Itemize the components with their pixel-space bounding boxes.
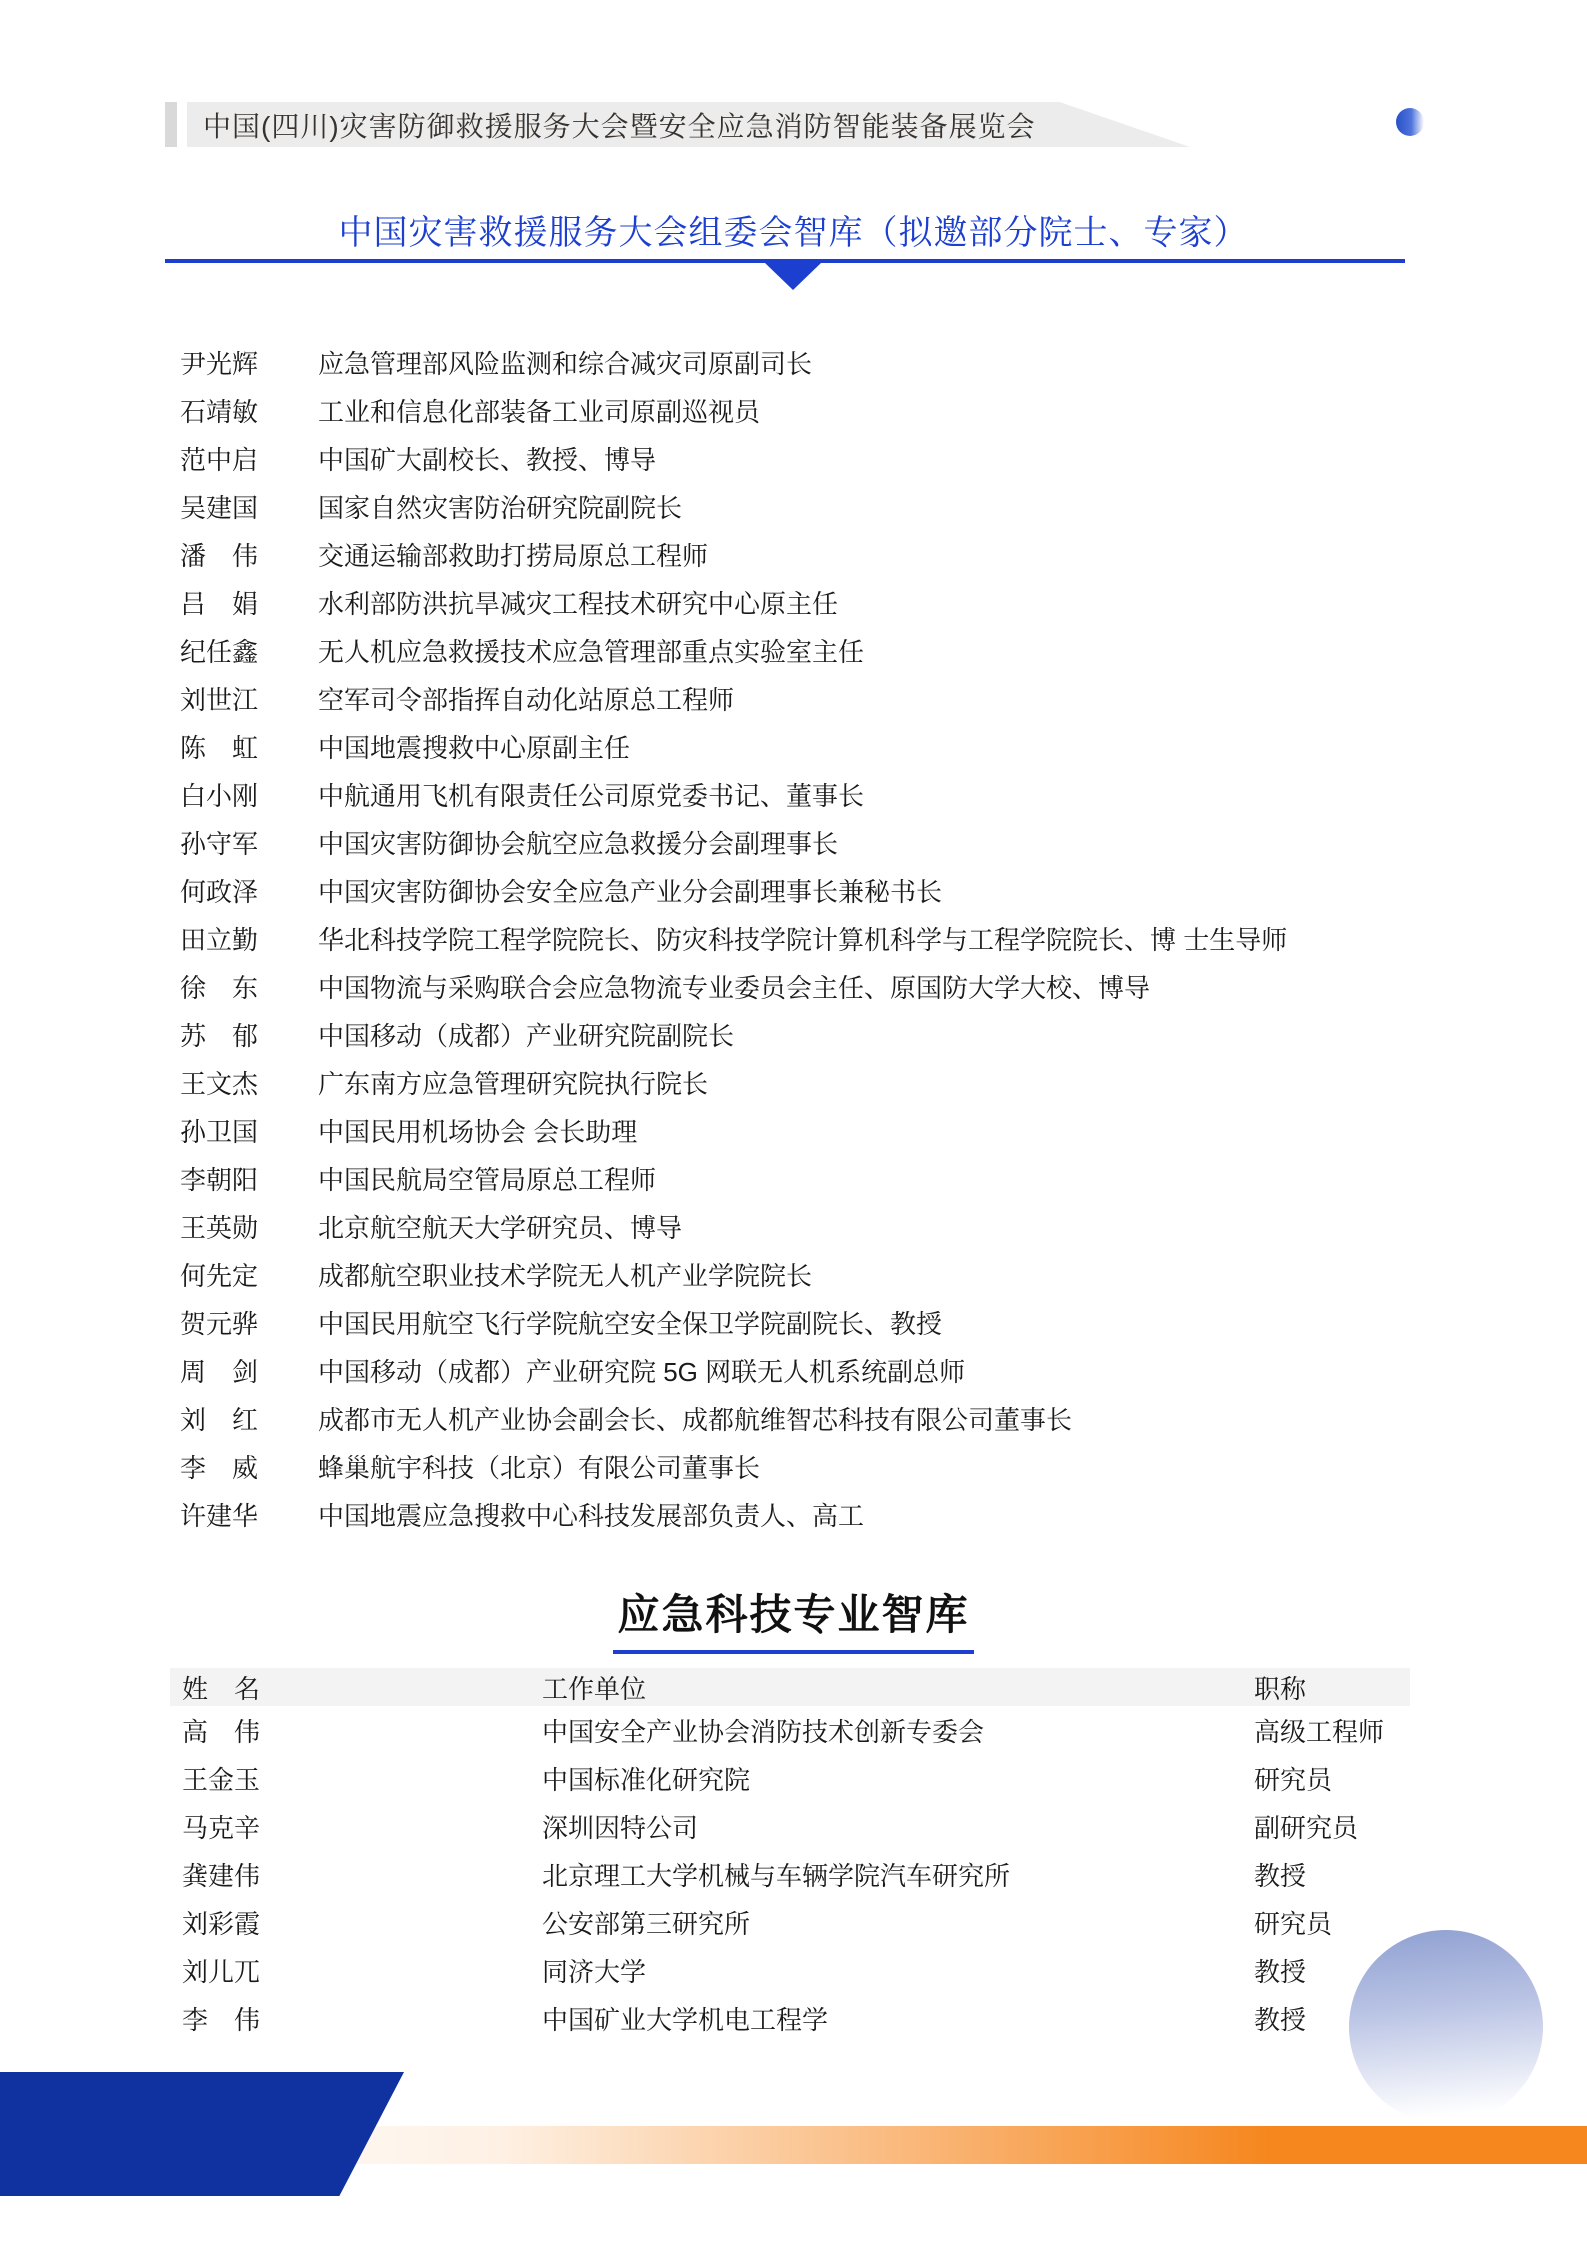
member-name: 何先定 [180, 1256, 288, 1293]
table-header-row: 姓 名 工作单位 职称 [170, 1668, 1410, 1706]
member-name: 潘 伟 [180, 536, 288, 573]
member-role: 中国矿大副校长、教授、博导 [318, 440, 1480, 477]
column-header-unit: 工作单位 [542, 1669, 1254, 1706]
member-role: 成都航空职业技术学院无人机产业学院院长 [318, 1256, 1480, 1293]
expert-title: 高级工程师 [1254, 1712, 1410, 1749]
member-name: 孙守军 [180, 824, 288, 861]
committee-member-row: 尹光辉 应急管理部风险监测和综合减灾司原副司长 [180, 338, 1480, 386]
committee-member-row: 苏 郁 中国移动（成都）产业研究院副院长 [180, 1010, 1480, 1058]
member-name: 徐 东 [180, 968, 288, 1005]
member-role: 中国民用航空飞行学院航空安全保卫学院副院长、教授 [318, 1304, 1480, 1341]
expert-unit: 公安部第三研究所 [542, 1904, 1254, 1941]
banner-strip: 中国(四川)灾害防御救援服务大会暨安全应急消防智能装备展览会 [187, 102, 1190, 147]
member-name: 白小刚 [180, 776, 288, 813]
expert-unit: 深圳因特公司 [542, 1808, 1254, 1845]
expert-section-title-wrap: 应急科技专业智库 [0, 1582, 1587, 1654]
expert-title: 副研究员 [1254, 1808, 1410, 1845]
member-role: 成都市无人机产业协会副会长、成都航维智芯科技有限公司董事长 [318, 1400, 1480, 1437]
member-name: 刘 红 [180, 1400, 288, 1437]
member-name: 李朝阳 [180, 1160, 288, 1197]
expert-name: 刘彩霞 [170, 1904, 542, 1941]
committee-member-row: 石靖敏 工业和信息化部装备工业司原副巡视员 [180, 386, 1480, 434]
expert-unit: 中国安全产业协会消防技术创新专委会 [542, 1712, 1254, 1749]
member-role: 中国民用机场协会 会长助理 [318, 1112, 1480, 1149]
committee-member-list: 尹光辉 应急管理部风险监测和综合减灾司原副司长 石靖敏 工业和信息化部装备工业司… [180, 338, 1480, 1538]
member-role: 工业和信息化部装备工业司原副巡视员 [318, 392, 1480, 429]
committee-member-row: 纪任鑫 无人机应急救援技术应急管理部重点实验室主任 [180, 626, 1480, 674]
member-name: 陈 虹 [180, 728, 288, 765]
committee-member-row: 李 威 蜂巢航宇科技（北京）有限公司董事长 [180, 1442, 1480, 1490]
expert-unit: 中国标准化研究院 [542, 1760, 1254, 1797]
expert-table: 姓 名 工作单位 职称 高 伟 中国安全产业协会消防技术创新专委会 高级工程师 … [170, 1668, 1410, 2042]
member-name: 纪任鑫 [180, 632, 288, 669]
expert-name: 高 伟 [170, 1712, 542, 1749]
member-name: 贺元骅 [180, 1304, 288, 1341]
expert-section-title: 应急科技专业智库 [613, 1582, 973, 1654]
member-name: 周 剑 [180, 1352, 288, 1389]
committee-member-row: 王文杰 广东南方应急管理研究院执行院长 [180, 1058, 1480, 1106]
member-name: 何政泽 [180, 872, 288, 909]
member-role: 国家自然灾害防治研究院副院长 [318, 488, 1480, 525]
member-name: 范中启 [180, 440, 288, 477]
committee-member-row: 吴建国 国家自然灾害防治研究院副院长 [180, 482, 1480, 530]
member-role: 华北科技学院工程学院院长、防灾科技学院计算机科学与工程学院院长、博 士生导师 [318, 920, 1480, 957]
member-name: 王文杰 [180, 1064, 288, 1101]
table-row: 王金玉 中国标准化研究院 研究员 [170, 1754, 1410, 1802]
member-name: 石靖敏 [180, 392, 288, 429]
member-role: 中国物流与采购联合会应急物流专业委员会主任、原国防大学大校、博导 [318, 968, 1480, 1005]
expert-unit: 中国矿业大学机电工程学 [542, 2000, 1254, 2037]
committee-member-row: 李朝阳 中国民航局空管局原总工程师 [180, 1154, 1480, 1202]
committee-member-row: 孙卫国 中国民用机场协会 会长助理 [180, 1106, 1480, 1154]
committee-member-row: 贺元骅 中国民用航空飞行学院航空安全保卫学院副院长、教授 [180, 1298, 1480, 1346]
member-role: 中国地震应急搜救中心科技发展部负责人、高工 [318, 1496, 1480, 1533]
member-role: 北京航空航天大学研究员、博导 [318, 1208, 1480, 1245]
expert-unit: 北京理工大学机械与车辆学院汽车研究所 [542, 1856, 1254, 1893]
member-name: 李 威 [180, 1448, 288, 1485]
expert-title: 教授 [1254, 1856, 1410, 1893]
expert-name: 龚建伟 [170, 1856, 542, 1893]
member-role: 中航通用飞机有限责任公司原党委书记、董事长 [318, 776, 1480, 813]
table-row: 高 伟 中国安全产业协会消防技术创新专委会 高级工程师 [170, 1706, 1410, 1754]
member-name: 尹光辉 [180, 344, 288, 381]
table-body: 高 伟 中国安全产业协会消防技术创新专委会 高级工程师 王金玉 中国标准化研究院… [170, 1706, 1410, 2042]
blue-dot-icon [1396, 108, 1424, 136]
committee-member-row: 刘 红 成都市无人机产业协会副会长、成都航维智芯科技有限公司董事长 [180, 1394, 1480, 1442]
committee-member-row: 何先定 成都航空职业技术学院无人机产业学院院长 [180, 1250, 1480, 1298]
committee-member-row: 孙守军 中国灾害防御协会航空应急救援分会副理事长 [180, 818, 1480, 866]
committee-member-row: 田立勤 华北科技学院工程学院院长、防灾科技学院计算机科学与工程学院院长、博 士生… [180, 914, 1480, 962]
committee-member-row: 范中启 中国矿大副校长、教授、博导 [180, 434, 1480, 482]
member-role: 中国地震搜救中心原副主任 [318, 728, 1480, 765]
table-row: 李 伟 中国矿业大学机电工程学 教授 [170, 1994, 1410, 2042]
member-name: 刘世江 [180, 680, 288, 717]
column-header-name: 姓 名 [170, 1669, 542, 1706]
committee-member-row: 王英勋 北京航空航天大学研究员、博导 [180, 1202, 1480, 1250]
committee-member-row: 周 剑 中国移动（成都）产业研究院 5G 网联无人机系统副总师 [180, 1346, 1480, 1394]
member-role: 交通运输部救助打捞局原总工程师 [318, 536, 1480, 573]
expert-name: 李 伟 [170, 2000, 542, 2037]
committee-member-row: 潘 伟 交通运输部救助打捞局原总工程师 [180, 530, 1480, 578]
table-row: 刘彩霞 公安部第三研究所 研究员 [170, 1898, 1410, 1946]
committee-member-row: 徐 东 中国物流与采购联合会应急物流专业委员会主任、原国防大学大校、博导 [180, 962, 1480, 1010]
table-row: 刘儿兀 同济大学 教授 [170, 1946, 1410, 1994]
member-name: 孙卫国 [180, 1112, 288, 1149]
expert-title: 研究员 [1254, 1760, 1410, 1797]
table-row: 马克辛 深圳因特公司 副研究员 [170, 1802, 1410, 1850]
banner-accent-bar [165, 102, 177, 147]
committee-member-row: 陈 虹 中国地震搜救中心原副主任 [180, 722, 1480, 770]
member-role: 蜂巢航宇科技（北京）有限公司董事长 [318, 1448, 1480, 1485]
member-name: 苏 郁 [180, 1016, 288, 1053]
expert-name: 刘儿兀 [170, 1952, 542, 1989]
banner-text: 中国(四川)灾害防御救援服务大会暨安全应急消防智能装备展览会 [203, 105, 1036, 145]
expert-unit: 同济大学 [542, 1952, 1254, 1989]
member-role: 应急管理部风险监测和综合减灾司原副司长 [318, 344, 1480, 381]
committee-member-row: 刘世江 空军司令部指挥自动化站原总工程师 [180, 674, 1480, 722]
expert-name: 马克辛 [170, 1808, 542, 1845]
member-role: 广东南方应急管理研究院执行院长 [318, 1064, 1480, 1101]
committee-section-title: 中国灾害救援服务大会组委会智库（拟邀部分院士、专家） [0, 205, 1587, 254]
member-role: 中国移动（成都）产业研究院 5G 网联无人机系统副总师 [318, 1352, 1480, 1389]
member-name: 王英勋 [180, 1208, 288, 1245]
member-role: 水利部防洪抗旱减灾工程技术研究中心原主任 [318, 584, 1480, 621]
member-role: 中国灾害防御协会航空应急救援分会副理事长 [318, 824, 1480, 861]
member-name: 许建华 [180, 1496, 288, 1533]
column-header-title: 职称 [1254, 1669, 1410, 1706]
member-role: 空军司令部指挥自动化站原总工程师 [318, 680, 1480, 717]
member-name: 吕 娟 [180, 584, 288, 621]
committee-member-row: 吕 娟 水利部防洪抗旱减灾工程技术研究中心原主任 [180, 578, 1480, 626]
member-name: 田立勤 [180, 920, 288, 957]
member-role: 中国民航局空管局原总工程师 [318, 1160, 1480, 1197]
gradient-circle-decoration [1349, 1930, 1543, 2124]
expert-name: 王金玉 [170, 1760, 542, 1797]
committee-member-row: 何政泽 中国灾害防御协会安全应急产业分会副理事长兼秘书长 [180, 866, 1480, 914]
blue-parallelogram-decoration [0, 2072, 404, 2196]
member-name: 吴建国 [180, 488, 288, 525]
expert-title: 研究员 [1254, 1904, 1410, 1941]
member-role: 无人机应急救援技术应急管理部重点实验室主任 [318, 632, 1480, 669]
committee-member-row: 白小刚 中航通用飞机有限责任公司原党委书记、董事长 [180, 770, 1480, 818]
member-role: 中国移动（成都）产业研究院副院长 [318, 1016, 1480, 1053]
committee-member-row: 许建华 中国地震应急搜救中心科技发展部负责人、高工 [180, 1490, 1480, 1538]
member-role: 中国灾害防御协会安全应急产业分会副理事长兼秘书长 [318, 872, 1480, 909]
down-triangle-icon [765, 263, 821, 290]
table-row: 龚建伟 北京理工大学机械与车辆学院汽车研究所 教授 [170, 1850, 1410, 1898]
document-page: 中国(四川)灾害防御救援服务大会暨安全应急消防智能装备展览会 中国灾害救援服务大… [0, 0, 1587, 2244]
